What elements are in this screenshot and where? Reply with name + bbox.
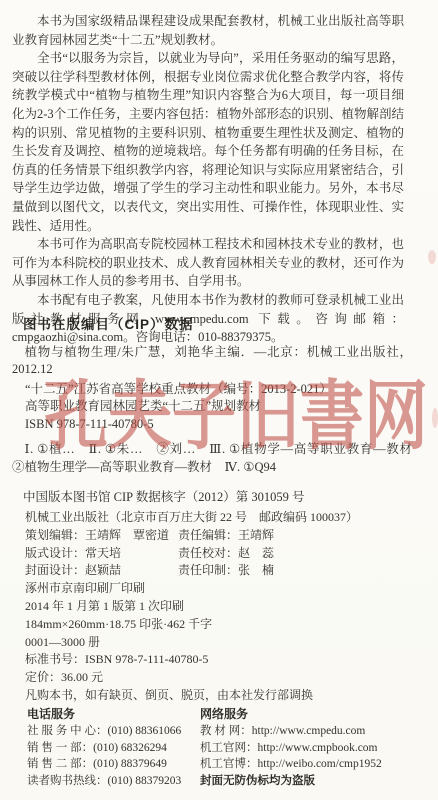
cip-isbn: ISBN 978-7-111-40780-5 — [25, 416, 412, 434]
cip-record-number: 中国版本图书馆 CIP 数据核字（2012）第 301059 号 — [23, 489, 412, 507]
phone-services-title: 电话服务 — [27, 706, 200, 723]
service-label: 读者购书热线： — [27, 775, 108, 787]
service-label: 销 售 二 部： — [27, 758, 93, 770]
network-service-row: 机工官博：http://weibo.com/cmp1952 — [200, 756, 425, 773]
print-run-line: 0001—3000 册 — [25, 634, 425, 652]
phone-service-row: 读者购书热线：(010) 88379203 — [27, 773, 200, 790]
scan-smudge — [428, 250, 436, 264]
anti-piracy-warning: 封面无防伪标均为盗版 — [200, 773, 425, 790]
services-section: 电话服务 社 服 务 中 心：(010) 88361066 销 售 一 部：(0… — [27, 706, 425, 790]
phone-service-row: 社 服 务 中 心：(010) 88361066 — [27, 723, 200, 740]
service-label: 销 售 一 部： — [27, 742, 93, 754]
isbn-line: 标准书号：ISBN 978-7-111-40780-5 — [25, 651, 425, 669]
staff-right: 责任编辑：王靖辉 — [178, 527, 274, 545]
staff-left: 版式设计：常天培 — [25, 545, 178, 563]
phone-service-row: 销 售 一 部：(010) 68326294 — [27, 740, 200, 757]
network-service-row: 教 材 网：http://www.cmpedu.com — [200, 723, 425, 740]
cip-note: 高等职业教育园林园艺类“十二五”规划教材 — [25, 398, 412, 416]
phone-services-column: 电话服务 社 服 务 中 心：(010) 88361066 销 售 一 部：(0… — [27, 706, 200, 790]
service-value: (010) 88379649 — [93, 758, 167, 770]
intro-section: 本书为国家级精品课程建设成果配套教材，机械工业出版社高等职业教育园林园艺类“十二… — [12, 12, 404, 347]
network-services-column: 网络服务 教 材 网：http://www.cmpedu.com 机工官网：ht… — [200, 706, 425, 790]
publisher-name-line: 机械工业出版社（北京市百万庄大街 22 号 邮政编码 100037） — [25, 509, 425, 527]
service-value: (010) 68326294 — [93, 742, 167, 754]
cip-classification: Ⅰ. ①植… Ⅱ. ①朱… ②刘… Ⅲ. ①植物学—高等职业教育—教材 ②植物生… — [12, 441, 412, 476]
price-line: 定价：36.00 元 — [25, 669, 425, 687]
service-url: http://weibo.com/cmp1952 — [258, 758, 382, 770]
cip-note: “十二五”江苏省高等学校重点教材（编号：2013-2-021） — [25, 381, 412, 399]
printer-line: 涿州市京南印刷厂印刷 — [25, 580, 425, 598]
service-url: http://www.cmpbook.com — [258, 742, 378, 754]
book-copyright-page: 本书为国家级精品课程建设成果配套教材，机械工业出版社高等职业教育园林园艺类“十二… — [0, 0, 438, 800]
format-line: 184mm×260mm·18.75 印张·462 千字 — [25, 616, 425, 634]
staff-right: 责任印制：张 楠 — [178, 562, 274, 580]
staff-row: 策划编辑：王靖辉 覃密道 责任编辑：王靖辉 — [25, 527, 425, 545]
intro-paragraph: 本书为国家级精品课程建设成果配套教材，机械工业出版社高等职业教育园林园艺类“十二… — [12, 12, 404, 49]
network-service-row: 机工官网：http://www.cmpbook.com — [200, 740, 425, 757]
staff-row: 封面设计：赵颖喆 责任印制：张 楠 — [25, 562, 425, 580]
exchange-notice: 凡购本书，如有缺页、倒页、脱页，由本社发行部调换 — [25, 687, 425, 705]
imprint-section: 机械工业出版社（北京市百万庄大街 22 号 邮政编码 100037） 策划编辑：… — [25, 509, 425, 705]
service-label: 教 材 网： — [200, 725, 252, 737]
service-label: 机工官网： — [200, 742, 258, 754]
staff-row: 版式设计：常天培 责任校对：赵 蕊 — [25, 545, 425, 563]
service-label: 机工官博： — [200, 758, 258, 770]
network-services-title: 网络服务 — [200, 706, 425, 723]
cip-heading: 图书在版编目（CIP）数据 — [23, 316, 412, 334]
phone-service-row: 销 售 二 部：(010) 88379649 — [27, 756, 200, 773]
cip-entry: 植物与植物生理/朱广慧，刘艳华主编．—北京：机械工业出版社，2012.12 — [12, 344, 412, 379]
staff-left: 封面设计：赵颖喆 — [25, 562, 178, 580]
edition-line: 2014 年 1 月第 1 版第 1 次印刷 — [25, 598, 425, 616]
scan-smudge — [432, 408, 438, 428]
cip-section: 图书在版编目（CIP）数据 植物与植物生理/朱广慧，刘艳华主编．—北京：机械工业… — [12, 316, 412, 506]
service-value: (010) 88379203 — [108, 775, 182, 787]
intro-paragraph: 全书“以服务为宗旨，以就业为导向”，采用任务驱动的编写思路，突破以往学科型教材体… — [12, 49, 404, 235]
service-url: http://www.cmpedu.com — [252, 725, 366, 737]
staff-right: 责任校对：赵 蕊 — [178, 545, 274, 563]
service-value: (010) 88361066 — [108, 725, 182, 737]
intro-paragraph: 本书可作为高职高专院校园林工程技术和园林技术专业的教材，也可作为本科院校的职业技… — [12, 235, 404, 291]
service-label: 社 服 务 中 心： — [27, 725, 108, 737]
staff-left: 策划编辑：王靖辉 覃密道 — [25, 527, 178, 545]
